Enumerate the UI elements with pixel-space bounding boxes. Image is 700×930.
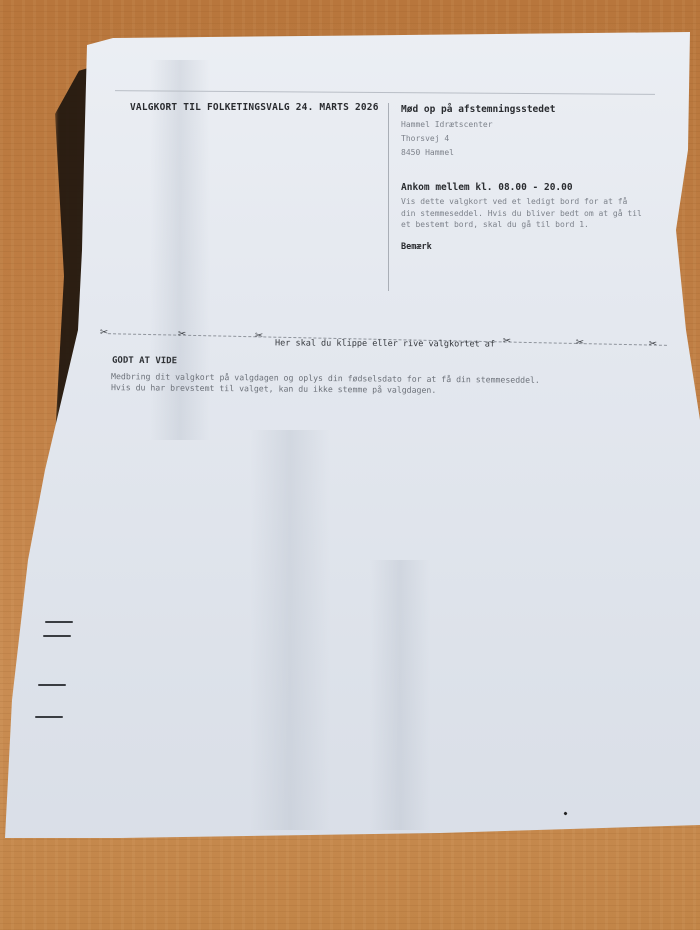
polling-place-section: Mød op på afstemningsstedet Hammel Idræt… [401, 104, 671, 160]
polling-place-address: Hammel Idrætscenter Thorsvej 4 8450 Hamm… [401, 118, 671, 160]
scissors-icon: ✂ [255, 329, 263, 343]
ink-speck [563, 811, 567, 815]
polling-place-street: Thorsvej 4 [401, 132, 671, 146]
cut-instruction: Her skal du klippe eller rive valgkortet… [275, 338, 495, 349]
registration-mark [38, 684, 66, 686]
paper-crease [250, 430, 330, 830]
card-title: VALGKORT TIL FOLKETINGSVALG 24. MARTS 20… [130, 102, 379, 113]
scissors-icon: ✂ [100, 326, 108, 340]
arrival-heading: Ankom mellem kl. 08.00 - 20.00 [401, 182, 676, 193]
arrival-instructions: Vis dette valgkort ved et ledigt bord fo… [401, 196, 646, 231]
registration-mark [43, 635, 71, 637]
registration-mark [45, 621, 73, 623]
scissors-icon: ✂ [503, 334, 511, 348]
good-to-know-body: Medbring dit valgkort på valgdagen og op… [111, 371, 540, 397]
scissors-icon: ✂ [178, 328, 186, 342]
voting-card-paper: VALGKORT TIL FOLKETINGSVALG 24. MARTS 20… [0, 0, 700, 930]
scissors-icon: ✂ [649, 337, 657, 351]
good-to-know-heading: GODT AT VIDE [112, 356, 177, 367]
scissors-icon: ✂ [576, 336, 584, 350]
polling-place-city: 8450 Hammel [401, 146, 671, 160]
arrival-section: Ankom mellem kl. 08.00 - 20.00 Vis dette… [401, 182, 676, 231]
column-divider [388, 103, 389, 291]
registration-mark [35, 716, 63, 718]
paper-crease [370, 560, 430, 830]
note-heading: Bemærk [401, 242, 432, 252]
polling-place-name: Hammel Idrætscenter [401, 118, 671, 132]
polling-place-heading: Mød op på afstemningsstedet [401, 104, 671, 115]
